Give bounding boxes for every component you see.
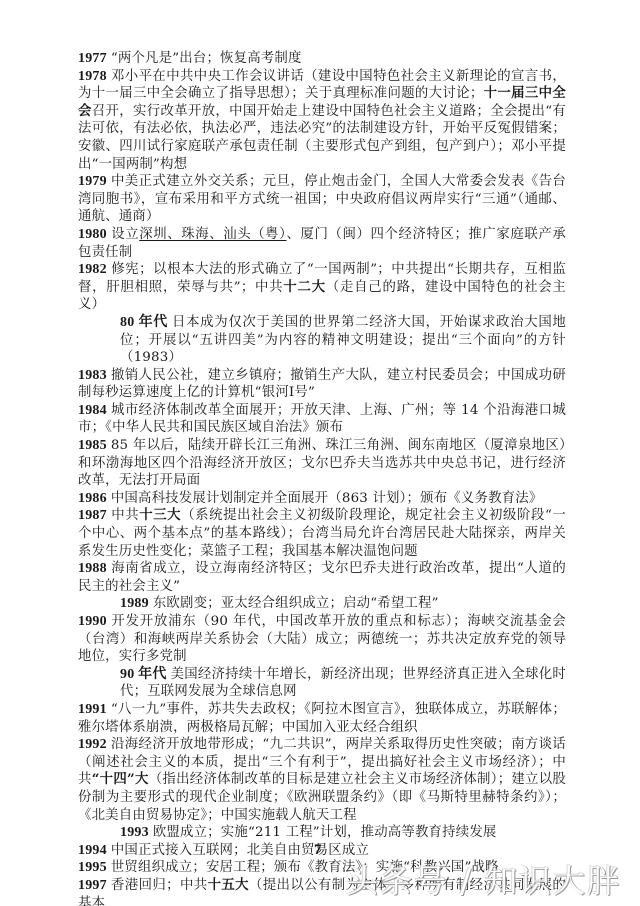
- entry-text: 日本成为仅次于美国的世界第二经济大国，开始谋求政治大国地位；开展以“五讲四美”为…: [120, 315, 566, 365]
- entry-year: 1977: [78, 51, 107, 66]
- entry-text: 中共: [111, 508, 139, 523]
- timeline-entry: 90 年代美国经济持续十年增长，新经济出现；世界经济真正进入全球化时代；互联网发…: [78, 666, 566, 701]
- entry-text: 香港回归；中共: [111, 878, 208, 893]
- entry-year: 1982: [78, 262, 107, 277]
- entry-text: “八一九”事件，苏共失去政权；《阿拉木图宣言》，独联体成立，苏联解体；雅尔塔体系…: [78, 702, 566, 735]
- entry-text: 85 年以后，陆续开辟长江三角洲、珠江三角洲、闽东南地区（厦漳泉地区）和环渤海地…: [78, 438, 566, 488]
- timeline-entry: 1992沿海经济开放地带形成；“九二共识”，两岸关系取得历史性突破；南方谈话（阐…: [78, 736, 566, 824]
- entry-text: 东欧剧变；亚太经合组织成立；启动“希望工程”: [153, 596, 439, 611]
- timeline-entry: 80 年代日本成为仅次于美国的世界第二经济大国，开始谋求政治大国地位；开展以“五…: [78, 314, 566, 367]
- entry-text: （指出经济体制改革的目标是建立社会主义市场经济体制）；建立以股份制为主要形式的现…: [78, 772, 566, 822]
- timeline-entry: 1988海南省成立，设立海南经济特区；戈尔巴乔夫进行政治改革，提出“人道的民主的…: [78, 560, 566, 595]
- timeline-entry: 1979中美正式建立外交关系；元旦，停止炮击金门，全国人大常委会发表《告台湾同胞…: [78, 173, 566, 226]
- entry-text: 召开，实行改革开放，中国开始走上建设中国特色社会主义道路；全会提出“有法可依，有…: [78, 104, 566, 172]
- page-number: 7: [314, 842, 322, 859]
- entry-year: 1984: [78, 403, 107, 418]
- entry-year: 1991: [78, 702, 107, 717]
- entry-year: 1989: [120, 596, 149, 611]
- timeline-entry: 1984城市经济体制改革全面展开；开放天津、上海、广州；等 14 个沿海港口城市…: [78, 402, 566, 437]
- entry-year: 1990: [78, 614, 107, 629]
- timeline-entry: 1982修宪；以根本大法的形式确立了“一国两制”；中共提出“长期共存，互相监督，…: [78, 261, 566, 314]
- entry-year: 1980: [78, 227, 107, 242]
- underlined-term: 深圳、珠海、汕头（粤）: [139, 227, 286, 242]
- entry-year: 1988: [78, 561, 107, 576]
- bold-term: 十五大: [208, 877, 249, 893]
- timeline-entry: 1980设立深圳、珠海、汕头（粤）、厦门（闽）四个经济特区；推广家庭联产承包责任…: [78, 226, 566, 261]
- timeline-entry: 1987中共十三大（系统提出社会主义初级阶段理论，规定社会主义初级阶段“一个中心…: [78, 507, 566, 560]
- watermark: 头条号 / 知识大胖: [346, 856, 621, 902]
- bold-term: 十三大: [139, 507, 181, 523]
- entry-text: 撤销人民公社，建立乡镇府；撤销生产大队，建立村民委员会；中国成功研制每秒运算速度…: [78, 368, 566, 401]
- entry-year: 1993: [120, 825, 149, 840]
- entry-text: 开发开放浦东（90 年代，中国改革开放的重点和标志）；海峡交流基金会（台湾）和海…: [78, 614, 566, 664]
- timeline-entry: 1977“两个凡是”出台；恢复高考制度: [78, 50, 566, 68]
- entry-text: 中国正式接入互联网；北美自由贸易区成立: [111, 843, 369, 858]
- entry-year: 1994: [78, 843, 107, 858]
- timeline-entry: 1983撤销人民公社，建立乡镇府；撤销生产大队，建立村民委员会；中国成功研制每秒…: [78, 367, 566, 402]
- entry-year: 1985: [78, 438, 107, 453]
- entry-text: 海南省成立，设立海南经济特区；戈尔巴乔夫进行政治改革，提出“人道的民主的社会主义…: [78, 561, 566, 594]
- entry-text: 欧盟成立；实施“211 工程”计划，推动高等教育持续发展: [153, 825, 497, 840]
- entry-year: 1987: [78, 508, 107, 523]
- entry-text: 设立: [111, 227, 139, 242]
- document-page: 1977“两个凡是”出台；恢复高考制度1978邓小平在中共中央工作会议讲话（建设…: [78, 50, 566, 906]
- entry-year: 1992: [78, 737, 107, 752]
- entry-year: 1979: [78, 174, 107, 189]
- timeline-entry: 1990开发开放浦东（90 年代，中国改革开放的重点和标志）；海峡交流基金会（台…: [78, 613, 566, 666]
- entry-year: 1997: [78, 878, 107, 893]
- entry-text: “两个凡是”出台；恢复高考制度: [111, 51, 302, 66]
- timeline-entry: 1993欧盟成立；实施“211 工程”计划，推动高等教育持续发展: [78, 824, 566, 842]
- entry-text: 美国经济持续十年增长，新经济出现；世界经济真正进入全球化时代；互联网发展为全球信…: [120, 667, 566, 700]
- timeline-entry: 1978邓小平在中共中央工作会议讲话（建设中国特色社会主义新理论的宣言书，为十一…: [78, 68, 566, 174]
- timeline-entry: 1989东欧剧变；亚太经合组织成立；启动“希望工程”: [78, 595, 566, 613]
- bold-term: “十四”大: [92, 771, 149, 787]
- bold-term: 十二大: [283, 279, 326, 295]
- timeline-entry: 1986中国高科技发展计划制定并全面展开（863 计划）；颁布《义务教育法》: [78, 490, 566, 508]
- entry-text: 中国高科技发展计划制定并全面展开（863 计划）；颁布《义务教育法》: [111, 491, 543, 506]
- entry-year: 1986: [78, 491, 107, 506]
- entry-year: 1983: [78, 368, 107, 383]
- entry-text: 中美正式建立外交关系；元旦，停止炮击金门，全国人大常委会发表《告台湾同胞书》，宣…: [78, 174, 566, 224]
- entry-year: 90 年代: [120, 667, 167, 682]
- entry-year: 1978: [78, 69, 107, 84]
- entry-text: 城市经济体制改革全面展开；开放天津、上海、广州；等 14 个沿海港口城市；《中华…: [78, 403, 566, 436]
- entry-year: 1995: [78, 860, 107, 875]
- timeline-entry: 1991“八一九”事件，苏共失去政权；《阿拉木图宣言》，独联体成立，苏联解体；雅…: [78, 701, 566, 736]
- entry-year: 80 年代: [120, 315, 168, 330]
- timeline-entry: 198585 年以后，陆续开辟长江三角洲、珠江三角洲、闽东南地区（厦漳泉地区）和…: [78, 437, 566, 490]
